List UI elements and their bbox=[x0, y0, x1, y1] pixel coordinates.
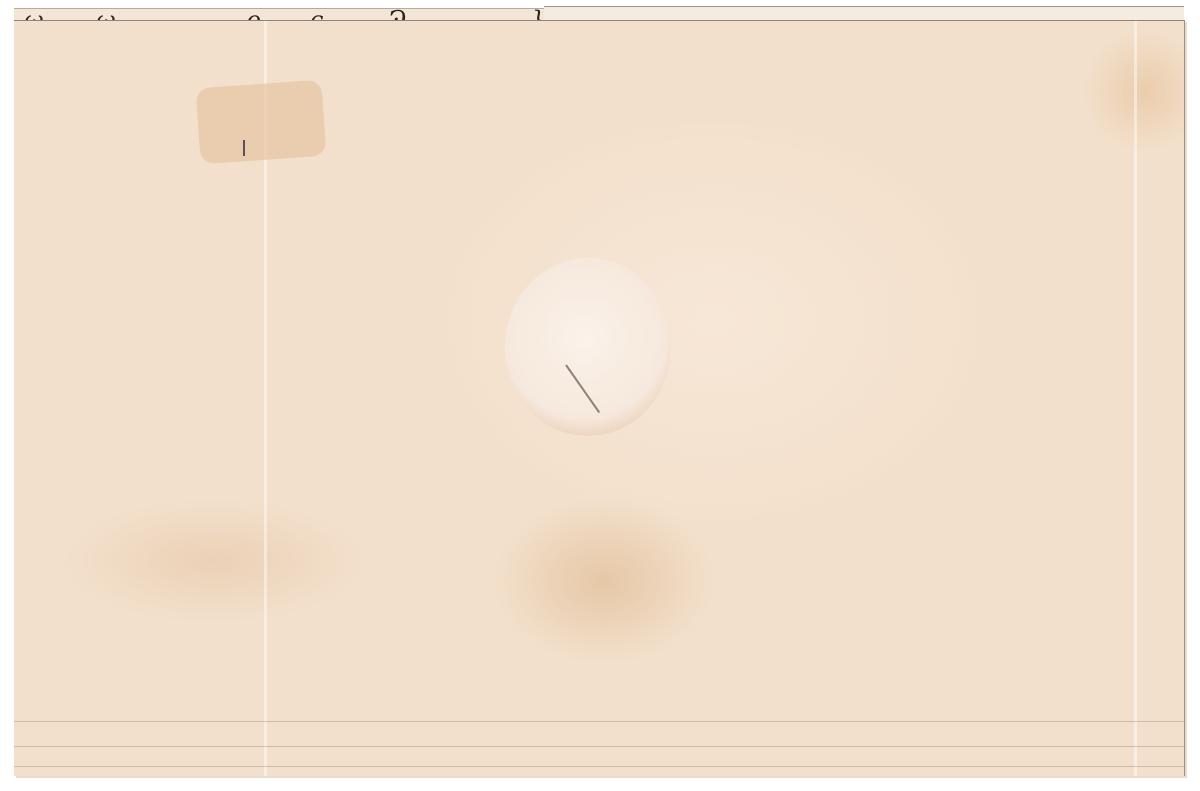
wax-seal-remnant bbox=[505, 258, 671, 436]
fold-line-horizontal bbox=[14, 721, 1184, 722]
fold-line-horizontal bbox=[14, 766, 1184, 767]
letter-photo: ω ω ƍ ϵ Ͽ } bbox=[0, 0, 1200, 791]
ink-mark bbox=[243, 140, 245, 156]
fold-line-horizontal bbox=[14, 746, 1184, 747]
fold-line-vertical bbox=[1134, 21, 1137, 776]
stain-patch bbox=[196, 80, 327, 165]
